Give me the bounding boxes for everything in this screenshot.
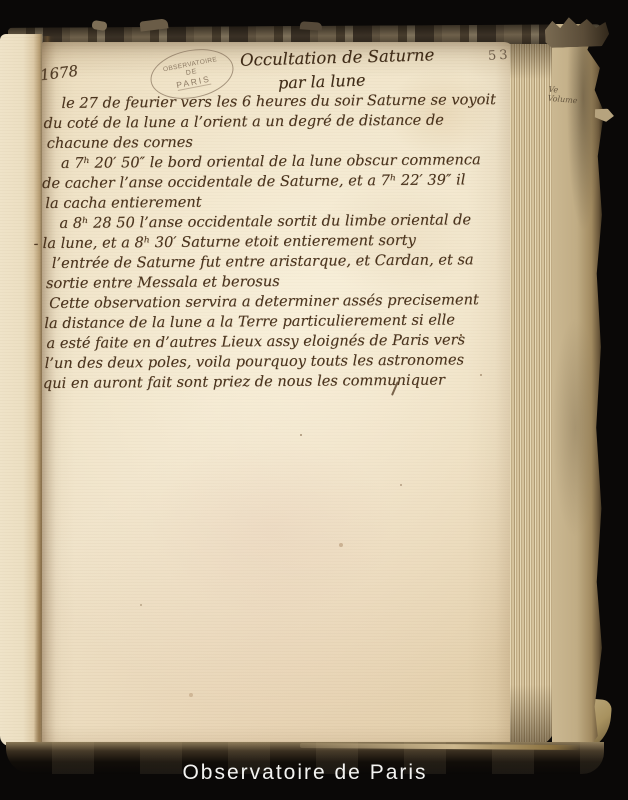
- margin-dash: -: [34, 236, 39, 252]
- top-edge-tatter: [300, 21, 323, 31]
- manuscript-line: chacune des cornes: [47, 133, 193, 154]
- manuscript-page: 1678 OBSERVATOIRE DE PARIS Occultation d…: [42, 42, 514, 754]
- manuscript-line: sortie entre Messala et berosus: [46, 272, 280, 294]
- manuscript-line: l’entrée de Saturne fut entre aristarque…: [52, 250, 474, 274]
- photo-caption: Observatoire de Paris: [0, 761, 619, 785]
- manuscript-body: le 27 de feurier vers les 6 heures du so…: [39, 40, 517, 756]
- fore-edge-tattered-body: [552, 24, 604, 758]
- manuscript-line: qui en auront fait sont priez de nous le…: [43, 371, 445, 395]
- fore-edge-page-lines: [510, 44, 556, 748]
- fore-edge-top-tatter: [544, 16, 609, 48]
- manuscript-line: de cacher l’anse occidentale de Saturne,…: [42, 170, 465, 194]
- manuscript-line: la cacha entierement: [45, 193, 202, 214]
- manuscript-line: du coté de la lune a l’orient a un degré…: [44, 111, 444, 134]
- manuscript-photo: 1678 OBSERVATOIRE DE PARIS Occultation d…: [0, 0, 628, 800]
- fore-edge-note: Ve Volume: [547, 85, 578, 106]
